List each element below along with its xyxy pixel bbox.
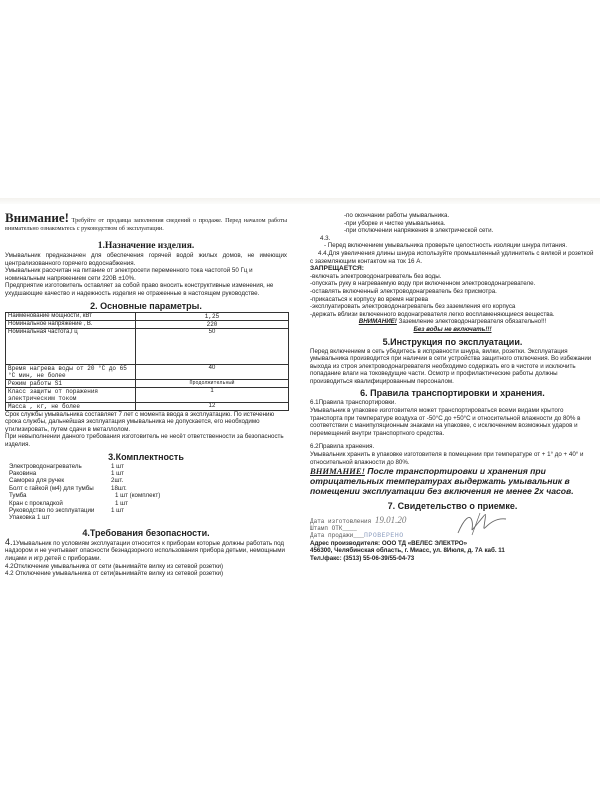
section6-title: 6. Правила транспортировки и хранения. <box>310 388 595 398</box>
list-item: Раковина1 шт <box>5 470 287 477</box>
safety-4-3: - Перед включением умывальника проверьте… <box>310 242 595 250</box>
param-name: Наименование мощности, кВт <box>6 312 136 320</box>
section1-para-2: Умывальник рассчитан на питание от элект… <box>5 267 287 282</box>
list-item: -включать электроводонагреватель без вод… <box>310 273 595 281</box>
otk-stamp: ПРОВЕРЕНО <box>364 532 404 539</box>
right-column: -по окончании работы умывальника. -при у… <box>310 212 595 562</box>
kit-list: Электроводонагреватель1 шт Раковина1 шт … <box>5 463 287 522</box>
attention-notice: Внимание! Требуйте от продавца заполнени… <box>5 214 287 233</box>
section1-para-1: Умывальник предназначен для обеспечения … <box>5 252 287 267</box>
list-item: Кран с прокладкой1 шт <box>5 500 287 507</box>
grounding-warning: ВНИМАНИЕ! Заземление электоводонагревате… <box>310 318 595 326</box>
list-item: -опускать руку в нагреваемую воду при вк… <box>310 280 595 288</box>
list-item: -держать вблизи включенного водонагреват… <box>310 311 595 319</box>
service-life-text: Срок службы умывальника составляет 7 лет… <box>5 411 287 434</box>
table-row: Номинальная частота,Гц 50 <box>6 328 289 364</box>
list-item: -при уборке и чистке умывальника. <box>310 220 595 228</box>
section5-title: 5.Инструкция по эксплуатации. <box>310 337 595 347</box>
section2-title: 2. Основные параметры. <box>5 301 287 311</box>
left-column: Внимание! Требуйте от продавца заполнени… <box>5 214 287 578</box>
param-value: Продолжительный <box>136 379 289 387</box>
safety-4-4: 4.4.Для увеличения длины шнура используй… <box>310 250 595 265</box>
list-item: -эксплуатировать электроводонагреватель … <box>310 303 595 311</box>
param-name: Масса , кг, не более <box>6 402 136 410</box>
param-value: 1 <box>136 387 289 402</box>
param-name: Класс защиты от поражения электрическим … <box>6 387 136 402</box>
list-item: Руководство по эксплуатации1 шт <box>5 507 287 514</box>
param-value: 40 <box>136 364 289 379</box>
param-value: 50 <box>136 328 289 364</box>
list-item: Электроводонагреватель1 шт <box>5 463 287 470</box>
section1-title: 1.Назначение изделия. <box>5 241 287 251</box>
forbidden-title: ЗАПРЕЩАЕТСЯ: <box>310 265 595 273</box>
liability-text: При невыполнении данного требования изго… <box>5 433 287 448</box>
table-row: Номинальное напряжение , В. 220 <box>6 320 289 328</box>
section3-title: 3.Комплектность <box>5 452 287 462</box>
parameters-table: Наименование мощности, кВт 1,25 Номиналь… <box>5 312 289 411</box>
manufacturer-phone: Тел./факс: (3513) 55-06-39/55-04-73 <box>310 555 595 563</box>
safety-4-2a: 4.2Отключение умывальника от сети (выним… <box>5 563 287 571</box>
manufacturer-address: 456300, Челябинская область, г. Миасс, у… <box>310 547 595 555</box>
manufacturer-address-label: Адрес производителя: ООО ТД «ВЕЛЕС ЭЛЕКТ… <box>310 540 595 548</box>
list-item: -при отключении напряжения в электрическ… <box>310 227 595 235</box>
table-row: Режим работы S1 Продолжительный <box>6 379 289 387</box>
safety-4-2b: 4.2 Отключение умывальника от сети(выним… <box>5 570 287 578</box>
paper-edge <box>0 198 600 204</box>
safety-4-1: 4.1Умывальник по условиям эксплуатации о… <box>5 539 287 563</box>
storage-warning: ВНИМАНИЕ! После транспортировки и хранен… <box>310 466 595 496</box>
param-value: 220 <box>136 320 289 328</box>
section4-title: 4.Требования безопасности. <box>5 528 287 538</box>
list-item: -оставлять включенный электроводонагрева… <box>310 288 595 296</box>
table-row: Класс защиты от поражения электрическим … <box>6 387 289 402</box>
acceptance-certificate: Дата изготовления 19.01.20 Штамп ОТК____… <box>310 517 595 562</box>
list-item: Болт с гайкой (м4) для тумбы18шт. <box>5 485 287 492</box>
storage-subtitle: 6.2Правила хранения. <box>310 443 595 451</box>
param-name: Режим работы S1 <box>6 379 136 387</box>
list-item: Упаковка 1 шт <box>5 514 287 521</box>
table-row: Масса , кг, не более 12 <box>6 402 289 410</box>
param-value: 1,25 <box>136 312 289 320</box>
signature-icon <box>450 509 510 537</box>
storage-text: Умывальник хранить в упаковке изготовите… <box>310 451 595 466</box>
list-item: Саморез для ручек2шт. <box>5 477 287 484</box>
list-item: -прикасаться к корпусу во время нагрева <box>310 296 595 304</box>
param-value: 12 <box>136 402 289 410</box>
section5-text: Перед включением в сеть убедитесь в испр… <box>310 348 595 386</box>
param-name: Номинальное напряжение , В. <box>6 320 136 328</box>
no-water-warning: Без воды не включать!!! <box>310 326 595 334</box>
list-item: Тумба1 шт (комплект) <box>5 492 287 499</box>
attention-word: Внимание! <box>5 210 69 225</box>
param-name: Время нагрева воды от 20 °С до 65 °С мин… <box>6 364 136 379</box>
transport-subtitle: 6.1Правила транспортировки. <box>310 399 595 407</box>
safety-4-3-num: 4.3. <box>310 235 595 243</box>
section1-para-3: Предприятие изготовитель оставляет за со… <box>5 282 287 297</box>
manufacture-date: 19.01.20 <box>375 515 407 525</box>
table-row: Наименование мощности, кВт 1,25 <box>6 312 289 320</box>
table-row: Время нагрева воды от 20 °С до 65 °С мин… <box>6 364 289 379</box>
list-item: -по окончании работы умывальника. <box>310 212 595 220</box>
transport-text: Умывальник в упаковке изготовителя может… <box>310 407 595 437</box>
param-name: Номинальная частота,Гц <box>6 328 136 364</box>
